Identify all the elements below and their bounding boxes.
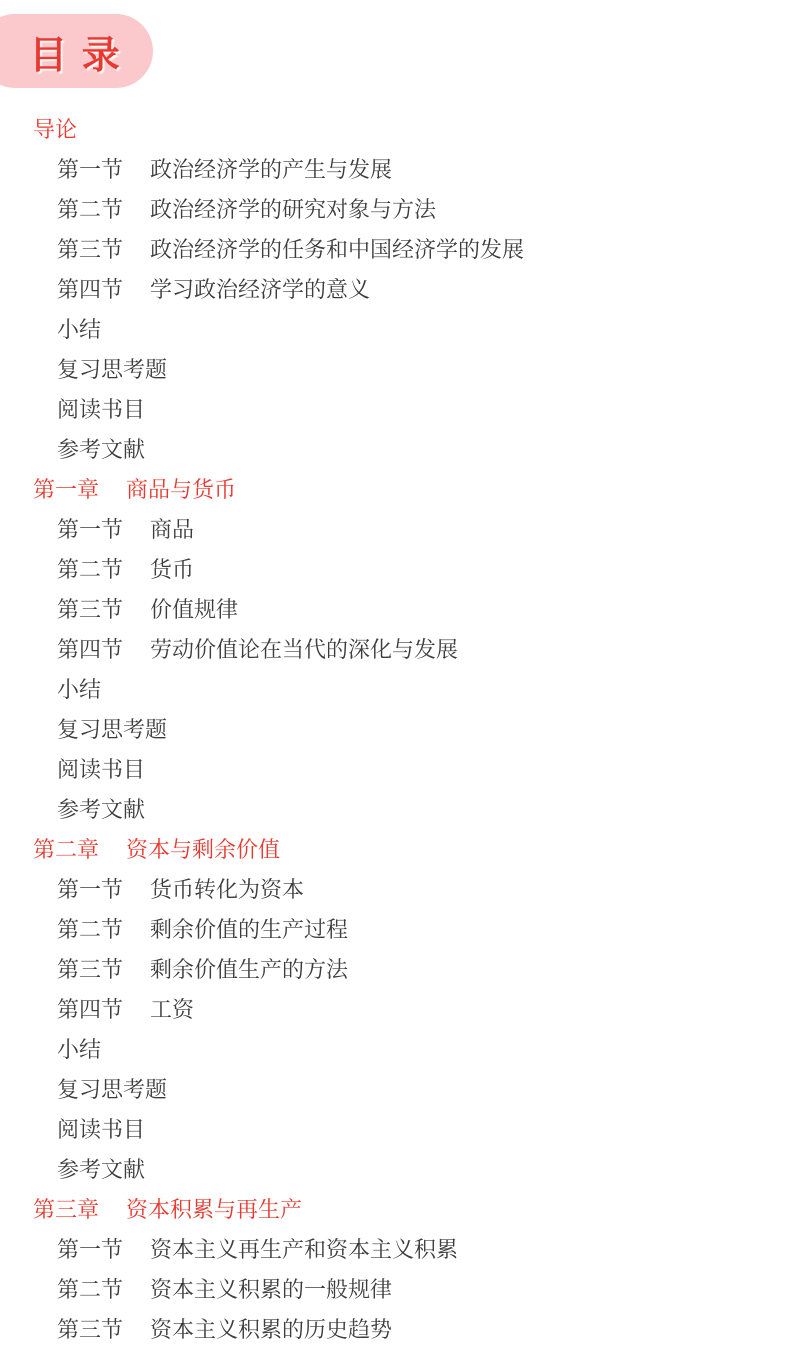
section-title: 劳动价值论在当代的深化与发展 <box>150 633 458 664</box>
section-title: 阅读书目 <box>57 1113 145 1144</box>
section-number: 第二节 <box>57 553 123 584</box>
chapter-number: 第二章 <box>33 833 99 864</box>
section-number: 第四节 <box>57 273 123 304</box>
toc-item[interactable]: 第三节政治经济学的任务和中国经济学的发展 <box>0 228 790 268</box>
section-number: 第一节 <box>57 513 123 544</box>
section-title: 剩余价值的生产过程 <box>150 913 348 944</box>
section-title: 工资 <box>150 993 194 1024</box>
chapter-number: 第一章 <box>33 473 99 504</box>
section-title: 货币 <box>150 553 194 584</box>
toc-item[interactable]: 第四节劳动价值论在当代的深化与发展 <box>0 628 790 668</box>
section-title: 复习思考题 <box>57 713 167 744</box>
chapter-heading[interactable]: 第三章资本积累与再生产 <box>0 1188 790 1228</box>
section-title: 阅读书目 <box>57 753 145 784</box>
section-title: 参考文献 <box>57 1153 145 1184</box>
chapter-number: 第三章 <box>33 1193 99 1224</box>
chapter-heading[interactable]: 导论 <box>0 108 790 148</box>
chapter-heading[interactable]: 第一章商品与货币 <box>0 468 790 508</box>
section-title: 参考文献 <box>57 433 145 464</box>
section-title: 商品 <box>150 513 194 544</box>
toc-header-badge: 目 录 <box>0 14 153 88</box>
section-title: 复习思考题 <box>57 353 167 384</box>
section-title: 小结 <box>57 313 101 344</box>
section-number: 第二节 <box>57 193 123 224</box>
toc-item[interactable]: 小结 <box>0 308 790 348</box>
toc-item[interactable]: 第二节货币 <box>0 548 790 588</box>
section-title: 资本主义再生产和资本主义积累 <box>150 1233 458 1264</box>
toc-item[interactable]: 第二节剩余价值的生产过程 <box>0 908 790 948</box>
section-number: 第一节 <box>57 1233 123 1264</box>
section-title: 政治经济学的产生与发展 <box>150 153 392 184</box>
toc-item[interactable]: 复习思考题 <box>0 348 790 388</box>
section-title: 货币转化为资本 <box>150 873 304 904</box>
toc-item[interactable]: 小结 <box>0 1028 790 1068</box>
toc-item[interactable]: 第四节工资 <box>0 988 790 1028</box>
toc-item[interactable]: 小结 <box>0 668 790 708</box>
chapter-heading[interactable]: 第二章资本与剩余价值 <box>0 828 790 868</box>
toc-item[interactable]: 第一节政治经济学的产生与发展 <box>0 148 790 188</box>
section-number: 第二节 <box>57 1273 123 1304</box>
chapter-title: 商品与货币 <box>126 473 236 504</box>
section-number: 第四节 <box>57 633 123 664</box>
section-title: 小结 <box>57 1033 101 1064</box>
chapter-title: 导论 <box>33 113 77 144</box>
section-title: 学习政治经济学的意义 <box>150 273 370 304</box>
chapter-title: 资本积累与再生产 <box>126 1193 302 1224</box>
toc-item[interactable]: 第一节货币转化为资本 <box>0 868 790 908</box>
section-number: 第三节 <box>57 593 123 624</box>
toc-item[interactable]: 第三节资本主义积累的历史趋势 <box>0 1308 790 1348</box>
section-title: 复习思考题 <box>57 1073 167 1104</box>
section-title: 参考文献 <box>57 793 145 824</box>
section-title: 资本主义积累的历史趋势 <box>150 1313 392 1344</box>
section-number: 第三节 <box>57 1313 123 1344</box>
section-title: 小结 <box>57 673 101 704</box>
toc-item[interactable]: 参考文献 <box>0 788 790 828</box>
section-number: 第二节 <box>57 913 123 944</box>
section-title: 阅读书目 <box>57 393 145 424</box>
toc-item[interactable]: 参考文献 <box>0 1148 790 1188</box>
toc-list: 导论第一节政治经济学的产生与发展第二节政治经济学的研究对象与方法第三节政治经济学… <box>0 108 790 1348</box>
section-title: 政治经济学的任务和中国经济学的发展 <box>150 233 524 264</box>
toc-header-label: 目 录 <box>9 24 122 79</box>
section-title: 剩余价值生产的方法 <box>150 953 348 984</box>
section-number: 第四节 <box>57 993 123 1024</box>
toc-item[interactable]: 第三节价值规律 <box>0 588 790 628</box>
section-number: 第三节 <box>57 953 123 984</box>
section-title: 资本主义积累的一般规律 <box>150 1273 392 1304</box>
section-number: 第一节 <box>57 153 123 184</box>
section-title: 政治经济学的研究对象与方法 <box>150 193 436 224</box>
toc-item[interactable]: 第一节商品 <box>0 508 790 548</box>
section-title: 价值规律 <box>150 593 238 624</box>
toc-item[interactable]: 第四节学习政治经济学的意义 <box>0 268 790 308</box>
toc-item[interactable]: 第二节政治经济学的研究对象与方法 <box>0 188 790 228</box>
toc-item[interactable]: 第一节资本主义再生产和资本主义积累 <box>0 1228 790 1268</box>
toc-item[interactable]: 第二节资本主义积累的一般规律 <box>0 1268 790 1308</box>
toc-item[interactable]: 阅读书目 <box>0 748 790 788</box>
section-number: 第一节 <box>57 873 123 904</box>
toc-item[interactable]: 复习思考题 <box>0 708 790 748</box>
section-number: 第三节 <box>57 233 123 264</box>
toc-item[interactable]: 阅读书目 <box>0 1108 790 1148</box>
toc-item[interactable]: 阅读书目 <box>0 388 790 428</box>
toc-item[interactable]: 第三节剩余价值生产的方法 <box>0 948 790 988</box>
toc-item[interactable]: 参考文献 <box>0 428 790 468</box>
chapter-title: 资本与剩余价值 <box>126 833 280 864</box>
toc-item[interactable]: 复习思考题 <box>0 1068 790 1108</box>
